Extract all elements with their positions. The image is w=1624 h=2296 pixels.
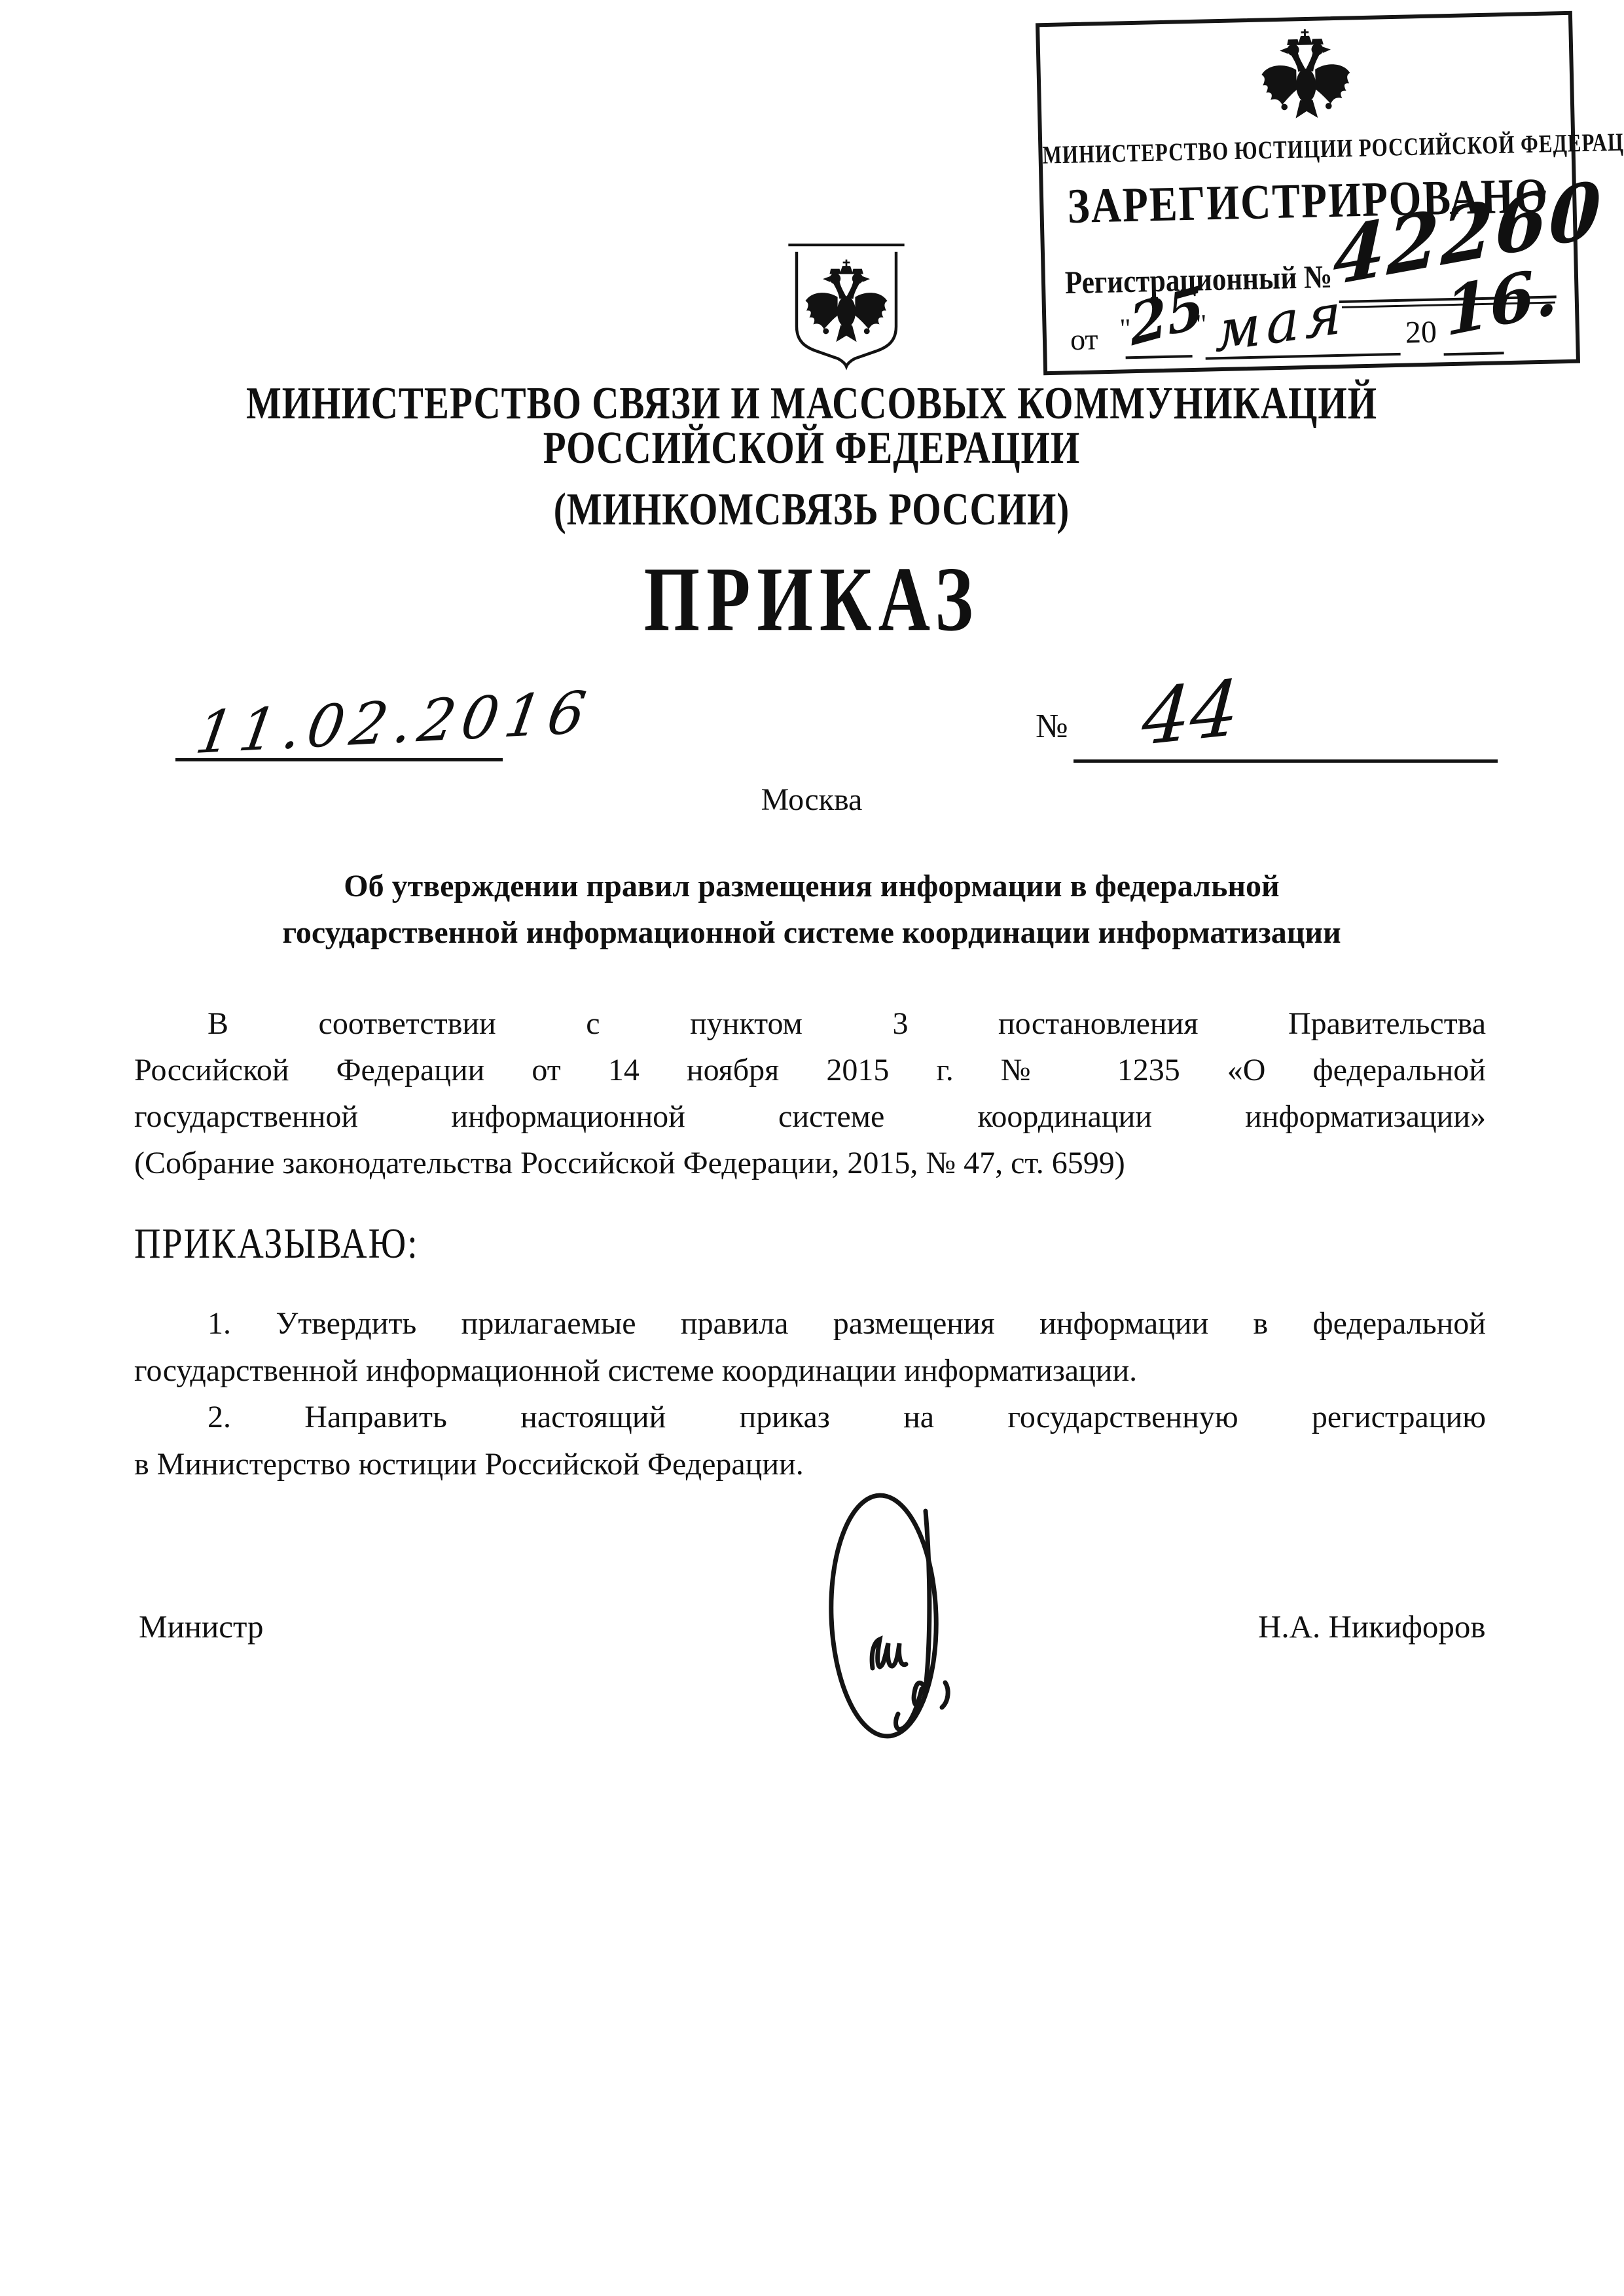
stamp-ministry-name: МИНИСТЕРСТВО ЮСТИЦИИ РОССИЙСКОЙ ФЕДЕРАЦИ… xyxy=(1042,128,1572,170)
scanned-order-page: МИНИСТЕРСТВО ЮСТИЦИИ РОССИЙСКОЙ ФЕДЕРАЦИ… xyxy=(0,0,1624,2296)
preamble-line: Российской Федерации от 14 ноября 2015 г… xyxy=(134,1052,1486,1088)
coat-of-arms-icon xyxy=(784,244,909,378)
subject-line2: государственной информационной системе к… xyxy=(118,915,1506,951)
preamble-line: В соответствии с пунктом 3 постановления… xyxy=(134,1006,1486,1042)
order-number-handwritten: 44 xyxy=(1140,663,1242,763)
order-item-line: 2. Направить настоящий приказ на государ… xyxy=(134,1399,1486,1435)
order-date-underline xyxy=(175,758,503,761)
preamble-line: (Собрание законодательства Российской Фе… xyxy=(134,1145,1486,1181)
order-word: ПРИКАЗЫВАЮ: xyxy=(134,1219,419,1269)
registration-stamp: МИНИСТЕРСТВО ЮСТИЦИИ РОССИЙСКОЙ ФЕДЕРАЦИ… xyxy=(1036,11,1580,375)
stamp-date-year-printed: 20 xyxy=(1405,314,1437,351)
stamp-quote-close: " xyxy=(1195,309,1207,340)
ministry-name-line2: РОССИЙСКОЙ ФЕДЕРАЦИИ xyxy=(118,422,1506,474)
subject-line1: Об утверждении правил размещения информа… xyxy=(118,868,1506,904)
order-number-underline xyxy=(1074,759,1498,763)
order-item-line: государственной информационной системе к… xyxy=(134,1353,1486,1389)
minister-name: Н.А. Никифоров xyxy=(1258,1608,1486,1645)
stamp-eagle-icon xyxy=(1250,26,1361,126)
order-item-line: 1. Утвердить прилагаемые правила размеще… xyxy=(134,1305,1486,1341)
preamble-line: государственной информационной системе к… xyxy=(134,1099,1486,1135)
minister-position-label: Министр xyxy=(139,1608,264,1645)
minister-signature-icon xyxy=(810,1486,975,1748)
stamp-date-prefix: от xyxy=(1070,321,1098,357)
stamp-year-underline xyxy=(1444,352,1504,355)
order-date-handwritten: 11.02.2016 xyxy=(191,678,597,767)
ministry-short-name: (МИНКОМСВЯЗЬ РОССИИ) xyxy=(118,484,1506,536)
order-item-line: в Министерство юстиции Российской Федера… xyxy=(134,1446,1486,1482)
city-label: Москва xyxy=(118,782,1506,818)
number-sign: № xyxy=(1036,707,1068,746)
document-type-title: ПРИКАЗ xyxy=(118,546,1506,653)
